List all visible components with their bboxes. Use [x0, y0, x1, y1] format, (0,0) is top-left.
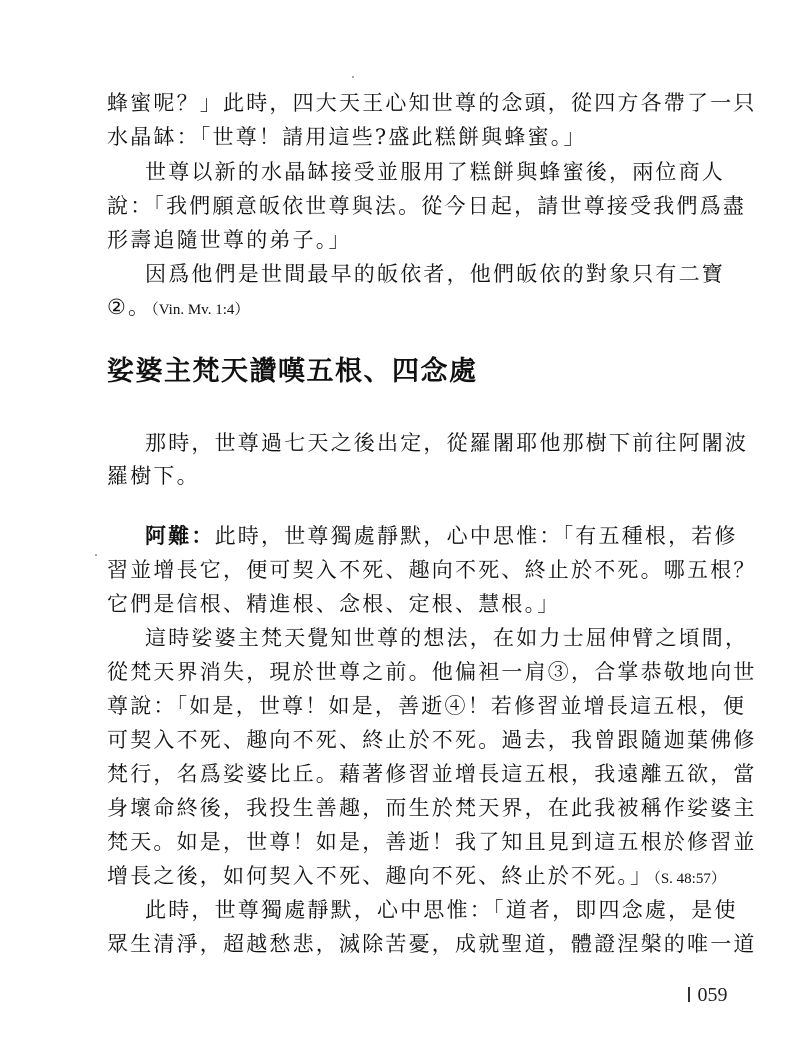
text-line: 此時，世尊獨處靜默，心中思惟：「道者，即四念處，是使 — [145, 895, 738, 925]
footnote-text: ②。 — [107, 295, 151, 319]
text-line: 阿難：此時，世尊獨處靜默，心中思惟：「有五種根，若修 — [145, 521, 738, 551]
text-line: 世尊以新的水晶缽接受並服用了糕餅與蜂蜜後，兩位商人 — [145, 157, 725, 187]
page-number-value: 059 — [698, 984, 728, 1006]
scan-speck — [95, 554, 97, 556]
text-line: 那時，世尊過七天之後出定，從羅闍耶他那樹下前往阿闍波 — [145, 428, 748, 458]
citation: （Vin. Mv. 1:4） — [151, 302, 249, 318]
text-line: 水晶缽：「世尊！請用這些?盛此糕餅與蜂蜜。」 — [107, 122, 587, 152]
text-line: 可契入不死、趣向不死、終止於不死。過去，我曾跟隨迦葉佛修 — [107, 725, 757, 755]
text-line: 從梵天界消失，現於世尊之前。他偏袒一肩③，合掌恭敬地向世 — [107, 657, 757, 687]
text-line: ②。（Vin. Mv. 1:4） — [107, 292, 249, 322]
text-line: 增長之後，如何契入不死、趣向不死、終止於不死。」（S. 48:57） — [107, 861, 726, 891]
text-line: 身壞命終後，我投生善趣，而生於梵天界，在此我被稱作娑婆主 — [107, 793, 757, 823]
text-line: 梵天。如是，世尊！如是，善逝！我了知且見到這五根於修習並 — [107, 827, 757, 857]
scan-speck — [352, 76, 354, 78]
text-line: 形壽追隨世尊的弟子。」 — [107, 225, 352, 255]
text-line: 它們是信根、精進根、念根、定根、慧根。」 — [107, 589, 561, 619]
text-line: 說：「我們願意皈依世尊與法。從今日起，請世尊接受我們爲盡 — [107, 191, 746, 221]
book-page: 蜂蜜呢？」此時，四大天王心知世尊的念頭，從四方各帶了一只 水晶缽：「世尊！請用這… — [0, 0, 792, 1056]
page-number-divider — [688, 987, 690, 1002]
line-text: 增長之後，如何契入不死、趣向不死、終止於不死。」 — [107, 864, 653, 888]
page-number: 059 — [688, 984, 728, 1007]
line-text: 此時，世尊獨處靜默，心中思惟：「有五種根，若修 — [215, 524, 738, 548]
text-line: 尊說：「如是，世尊！如是，善逝④！若修習並增長這五根，便 — [107, 691, 746, 721]
text-line: 羅樹下。 — [107, 461, 200, 491]
text-line: 梵行，名爲娑婆比丘。藉著修習並增長這五根，我遠離五欲，當 — [107, 759, 757, 789]
text-line: 蜂蜜呢？」此時，四大天王心知世尊的念頭，從四方各帶了一只 — [107, 88, 757, 118]
citation: （S. 48:57） — [653, 871, 726, 887]
text-line: 習並增長它，便可契入不死、趣向不死、終止於不死。哪五根？ — [107, 555, 757, 585]
text-line: 眾生清淨，超越愁悲，滅除苦憂，成就聖道，體證涅槃的唯一道 — [107, 929, 757, 959]
speaker-label: 阿難： — [145, 523, 215, 548]
text-line: 因爲他們是世間最早的皈依者，他們皈依的對象只有二寶 — [145, 259, 725, 289]
text-line: 這時娑婆主梵天覺知世尊的想法，在如力士屈伸臂之頃間， — [145, 623, 748, 653]
section-heading: 娑婆主梵天讚嘆五根、四念處 — [107, 352, 478, 392]
